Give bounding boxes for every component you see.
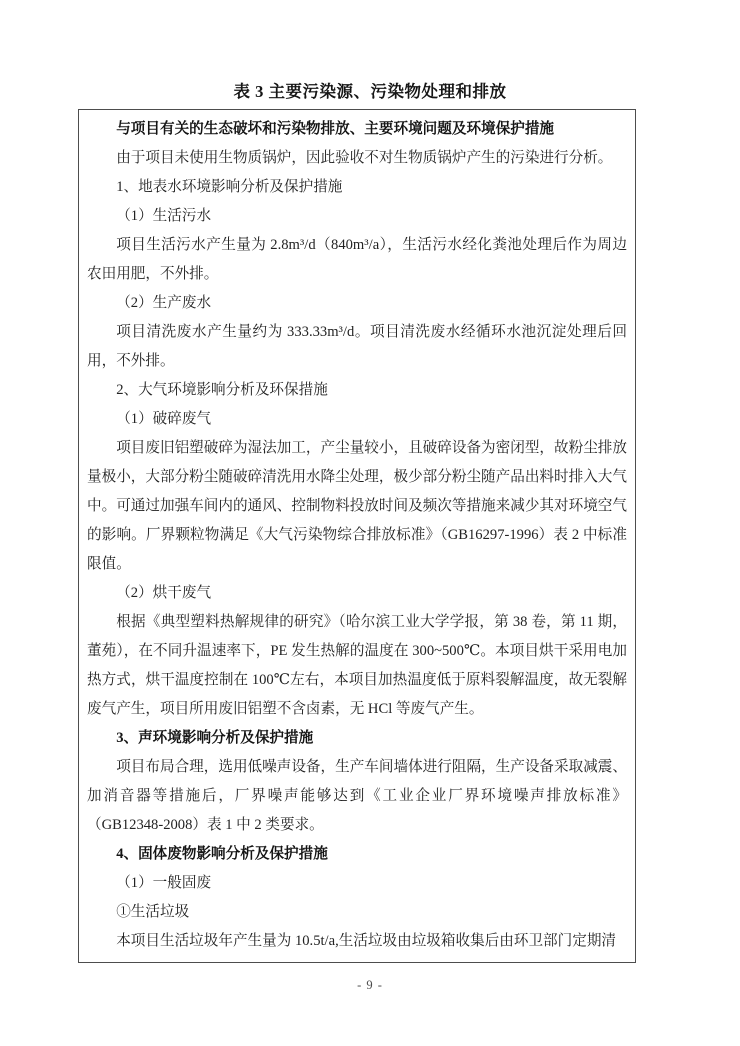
- content-table: 与项目有关的生态破坏和污染物排放、主要环境问题及环境保护措施由于项目未使用生物质…: [78, 109, 636, 963]
- paragraph: 项目生活污水产生量为 2.8m³/d（840m³/a），生活污水经化粪池处理后作…: [87, 231, 627, 289]
- sub-heading: （2）生产废水: [87, 289, 627, 318]
- section-header: 与项目有关的生态破坏和污染物排放、主要环境问题及环境保护措施: [87, 115, 627, 144]
- section-heading: 2、大气环境影响分析及环保措施: [87, 376, 627, 405]
- sub-heading: （1）破碎废气: [87, 405, 627, 434]
- page-number: - 9 -: [0, 978, 740, 993]
- paragraph: 项目布局合理，选用低噪声设备，生产车间墙体进行阻隔，生产设备采取减震、加消音器等…: [87, 753, 627, 840]
- paragraph: 项目废旧铝塑破碎为湿法加工，产尘量较小，且破碎设备为密闭型，故粉尘排放量极小，大…: [87, 434, 627, 579]
- paragraph: 本项目生活垃圾年产生量为 10.5t/a,生活垃圾由垃圾箱收集后由环卫部门定期清: [87, 927, 627, 956]
- paragraph: 项目清洗废水产生量约为 333.33m³/d。项目清洗废水经循环水池沉淀处理后回…: [87, 318, 627, 376]
- sub-heading: （2）烘干废气: [87, 579, 627, 608]
- document-page: 表 3 主要污染源、污染物处理和排放 与项目有关的生态破坏和污染物排放、主要环境…: [0, 0, 740, 993]
- paragraph: 根据《典型塑料热解规律的研究》（哈尔滨工业大学学报，第 38 卷，第 11 期，…: [87, 608, 627, 724]
- table-caption: 表 3 主要污染源、污染物处理和排放: [0, 78, 740, 102]
- sub-heading: ①生活垃圾: [87, 898, 627, 927]
- section-heading: 4、固体废物影响分析及保护措施: [87, 840, 627, 869]
- sub-heading: （1）一般固废: [87, 869, 627, 898]
- table-cell-content: 与项目有关的生态破坏和污染物排放、主要环境问题及环境保护措施由于项目未使用生物质…: [87, 115, 627, 956]
- paragraph: 由于项目未使用生物质锅炉，因此验收不对生物质锅炉产生的污染进行分析。: [87, 144, 627, 173]
- section-heading: 1、地表水环境影响分析及保护措施: [87, 173, 627, 202]
- sub-heading: （1）生活污水: [87, 202, 627, 231]
- section-heading: 3、声环境影响分析及保护措施: [87, 724, 627, 753]
